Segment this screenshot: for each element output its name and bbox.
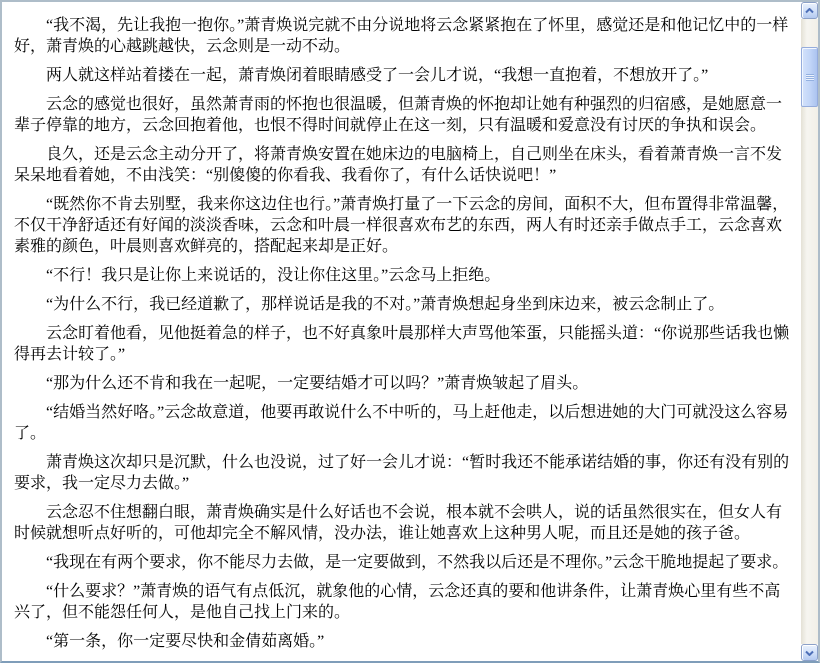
- scrollbar-track[interactable]: [801, 19, 818, 644]
- paragraph: “既然你不肯去别墅，我来你这边住也行。”萧青焕打量了一下云念的房间，面积不大，但…: [14, 194, 793, 257]
- paragraph: “我不渴，先让我抱一抱你。”萧青焕说完就不由分说地将云念紧紧抱在了怀里，感觉还是…: [14, 15, 793, 57]
- document-content: “我不渴，先让我抱一抱你。”萧青焕说完就不由分说地将云念紧紧抱在了怀里，感觉还是…: [2, 2, 801, 661]
- paragraph: “我现在有两个要求，你不能尽力去做，是一定要做到，不然我以后还是不理你。”云念干…: [14, 552, 793, 573]
- vertical-scrollbar[interactable]: [801, 2, 818, 661]
- paragraph: 云念盯着他看，见他挺着急的样子，也不好真象叶晨那样大声骂他笨蛋，只能摇头道：“你…: [14, 323, 793, 365]
- scroll-up-button[interactable]: [801, 2, 818, 19]
- chevron-down-icon: [805, 650, 814, 656]
- scrollbar-thumb[interactable]: [801, 47, 818, 107]
- chevron-up-icon: [805, 8, 814, 14]
- paragraph: 云念忍不住想翻白眼，萧青焕确实是什么好话也不会说，根本就不会哄人，说的话虽然很实…: [14, 502, 793, 544]
- text-viewer-window: “我不渴，先让我抱一抱你。”萧青焕说完就不由分说地将云念紧紧抱在了怀里，感觉还是…: [0, 0, 820, 663]
- paragraph: “第一条，你一定要尽快和金倩茹离婚。”: [14, 631, 793, 652]
- thumb-grip-icon: [806, 74, 814, 81]
- paragraph: 良久，还是云念主动分开了，将萧青焕安置在她床边的电脑椅上，自己则坐在床头，看着萧…: [14, 144, 793, 186]
- paragraph: “什么要求？”萧青焕的语气有点低沉，就象他的心情，云念还真的要和他讲条件，让萧青…: [14, 581, 793, 623]
- paragraph: 萧青焕这次却只是沉默，什么也没说，过了好一会儿才说：“暂时我还不能承诺结婚的事，…: [14, 452, 793, 494]
- paragraph: “那为什么还不肯和我在一起呢，一定要结婚才可以吗？”萧青焕皱起了眉头。: [14, 373, 793, 394]
- paragraph: “结婚当然好咯。”云念故意道，他要再敢说什么不中听的，马上赶他走，以后想进她的大…: [14, 402, 793, 444]
- paragraph: “为什么不行，我已经道歉了，那样说话是我的不对。”萧青焕想起身坐到床边来，被云念…: [14, 294, 793, 315]
- scroll-down-button[interactable]: [801, 644, 818, 661]
- paragraph: 两人就这样站着搂在一起，萧青焕闭着眼睛感受了一会儿才说，“我想一直抱着，不想放开…: [14, 65, 793, 86]
- paragraph: “不行！我只是让你上来说话的，没让你住这里。”云念马上拒绝。: [14, 265, 793, 286]
- paragraph: 云念的感觉也很好，虽然萧青雨的怀抱也很温暖，但萧青焕的怀抱却让她有种强烈的归宿感…: [14, 94, 793, 136]
